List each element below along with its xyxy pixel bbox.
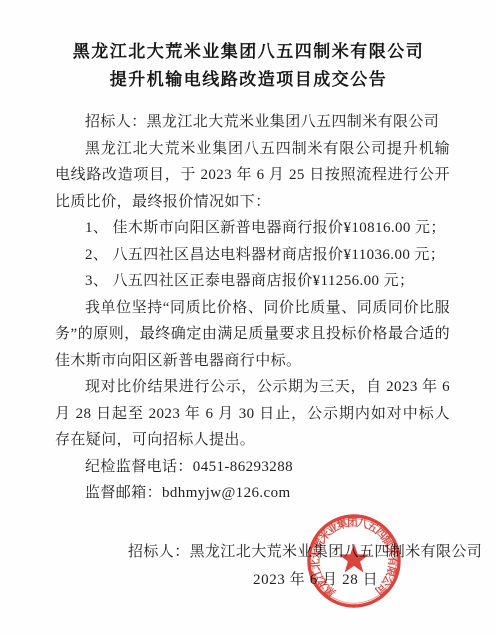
document-page: 黑龙江北大荒米业集团八五四制米有限公司 提升机输电线路改造项目成交公告 招标人：…	[0, 0, 497, 635]
title-line-2: 提升机输电线路改造项目成交公告	[0, 66, 497, 94]
company-seal: 黑龙江北大荒米业集团八五四制米有限公司	[304, 511, 404, 611]
quote-item-2: 2、 八五四社区昌达电料器材商店报价¥11036.00 元；	[55, 242, 450, 269]
document-body: 招标人：黑龙江北大荒米业集团八五四制米有限公司 黑龙江北大荒米业集团八五四制米有…	[0, 109, 497, 507]
supervision-phone: 纪检监督电话：0451-86293288	[55, 454, 450, 481]
intro-paragraph: 黑龙江北大荒米业集团八五四制米有限公司提升机输电线路改造项目，于 2023 年 …	[55, 136, 450, 216]
document-title: 黑龙江北大荒米业集团八五四制米有限公司 提升机输电线路改造项目成交公告	[0, 0, 497, 94]
principle-paragraph: 我单位坚持“同质比价格、同价比质量、同质同价比服务”的原则，最终确定由满足质量要…	[55, 295, 450, 375]
publicity-paragraph: 现对比价结果进行公示，公示期为三天，自 2023 年 6 月 28 日起至 20…	[55, 374, 450, 454]
seal-star-icon	[339, 544, 369, 573]
title-line-1: 黑龙江北大荒米业集团八五四制米有限公司	[0, 38, 497, 66]
quote-item-3: 3、 八五四社区正泰电器商店报价¥11256.00 元；	[55, 268, 450, 295]
quote-item-1: 1、 佳木斯市向阳区新普电器商行报价¥10816.00 元；	[55, 215, 450, 242]
supervision-email: 监督邮箱：bdhmyjw@126.com	[55, 480, 450, 507]
tenderer-line: 招标人：黑龙江北大荒米业集团八五四制米有限公司	[55, 109, 450, 136]
